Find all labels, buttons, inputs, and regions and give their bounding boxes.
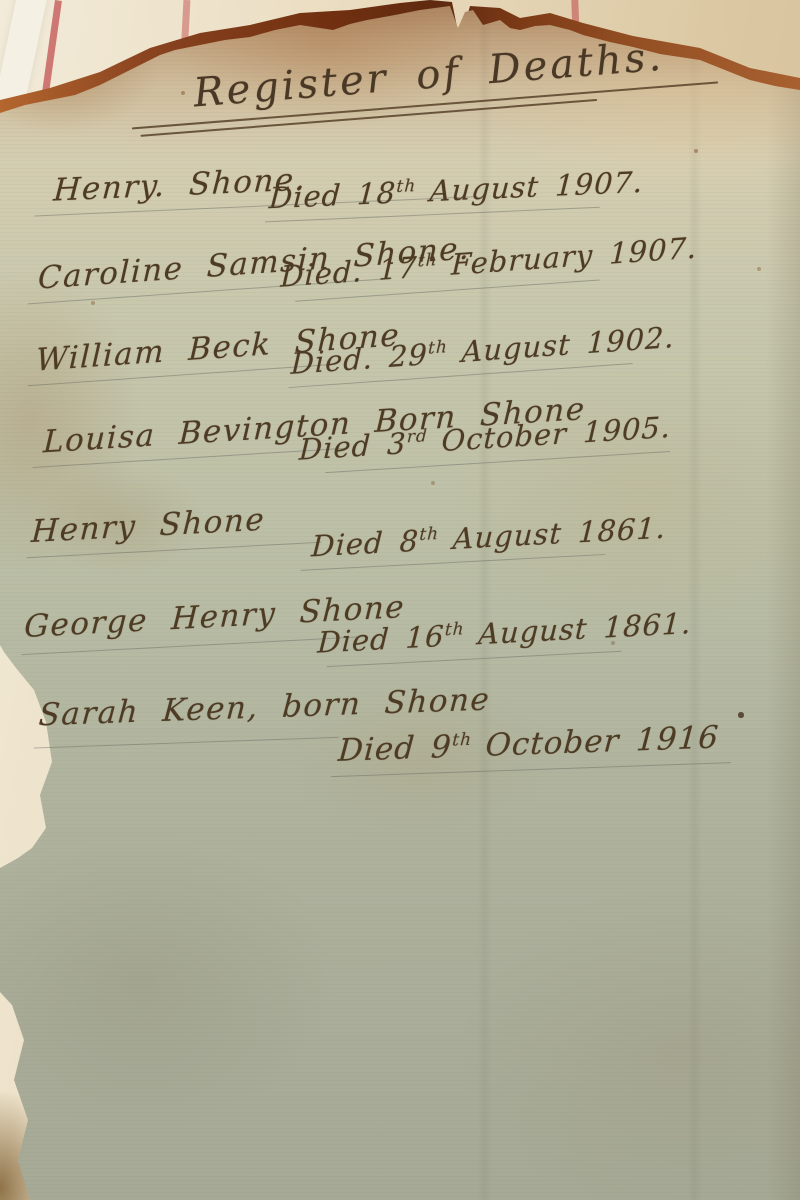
day-ordinal: rd [406,426,428,447]
died-label: Died [268,178,342,215]
death-date: Died8thAugust 1861. [311,511,667,564]
death-month-year: February 1907. [451,230,698,281]
paper-specks [0,0,2,2]
page-title-block: Register of Deaths. [128,29,732,156]
died-label: Died [311,525,385,563]
day-ordinal: th [419,524,440,545]
day-ordinal: th [444,619,465,640]
death-month-year: August 1902. [461,320,675,369]
death-day: 3 [386,426,407,461]
death-month-year: August 1907. [429,165,645,208]
died-label: Died [317,622,391,660]
death-month-year: August 1861. [452,511,667,556]
register-entry: Sarah Keen, born Shone Died9thOctober 19… [38,671,800,817]
death-month-year: August 1861. [477,606,692,651]
death-day: 17 [378,250,418,287]
day-ordinal: th [428,337,448,358]
died-label: Died. [280,254,363,294]
died-label: Died [298,428,372,467]
death-day: 16 [405,619,446,655]
death-day: 18 [356,176,397,212]
day-ordinal: th [396,176,417,197]
death-day: 9 [430,729,453,766]
death-month-year: October 1916 [484,720,720,764]
died-label: Died. [290,341,373,381]
handwriting-layer: Register of Deaths. Henry. Shone. Died18… [0,0,800,1200]
ruled-line [34,737,339,749]
death-day: 29 [388,337,428,374]
death-date: Died9thOctober 1916 [337,720,720,769]
died-label: Died [337,730,416,769]
day-ordinal: th [452,730,473,751]
death-day: 8 [399,524,420,559]
day-ordinal: th [417,250,437,271]
